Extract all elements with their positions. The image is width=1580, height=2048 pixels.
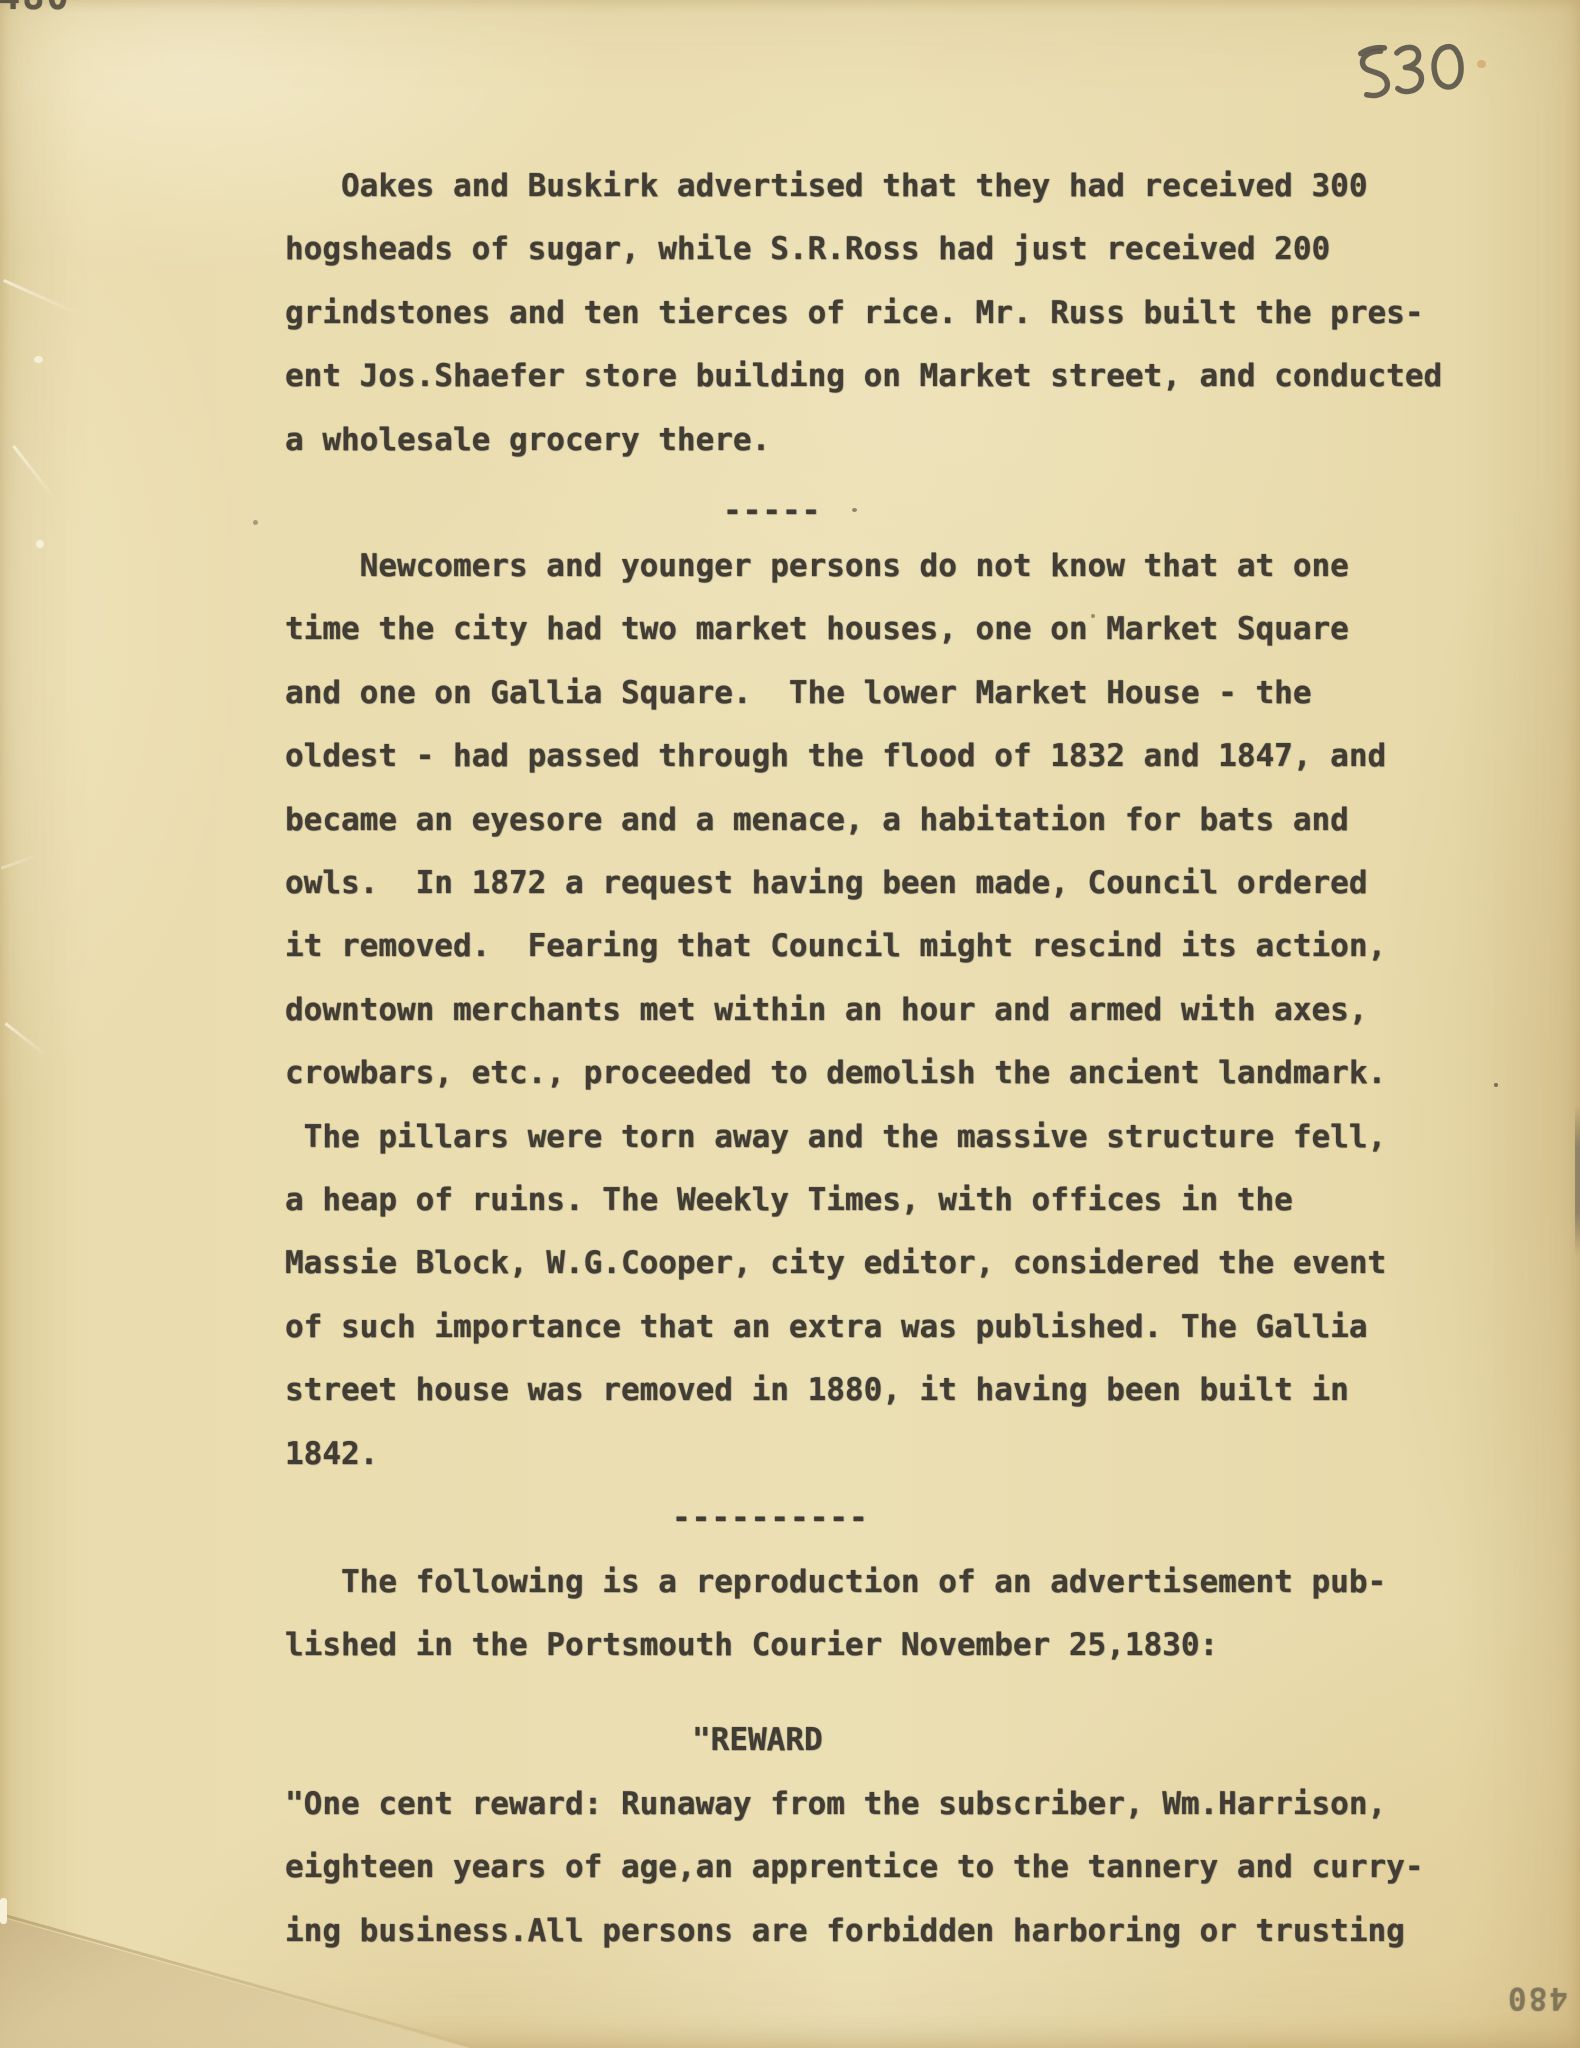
paragraph-oakes-buskirk: Oakes and Buskirk advertised that they h… bbox=[285, 155, 1442, 472]
text-line: it removed. Fearing that Council might r… bbox=[285, 915, 1386, 978]
text-line: hogsheads of sugar, while S.R.Ross had j… bbox=[285, 218, 1442, 281]
paper-nick bbox=[0, 1898, 7, 1924]
text-line: ent Jos.Shaefer store building on Market… bbox=[285, 345, 1442, 408]
paper-speck bbox=[1477, 60, 1486, 68]
reward-heading: "REWARD bbox=[692, 1709, 823, 1772]
handwritten-page-number bbox=[1350, 32, 1474, 106]
text-line: street house was removed in 1880, it hav… bbox=[285, 1359, 1386, 1422]
text-line: grindstones and ten tierces of rice. Mr.… bbox=[285, 282, 1442, 345]
text-line: crowbars, etc., proceeded to demolish th… bbox=[285, 1042, 1386, 1105]
text-line: became an eyesore and a menace, a habita… bbox=[285, 789, 1386, 852]
paper-crease bbox=[12, 445, 57, 502]
text-line: of such importance that an extra was pub… bbox=[285, 1296, 1386, 1359]
text-line: Massie Block, W.G.Cooper, city editor, c… bbox=[285, 1232, 1386, 1295]
paper-crease bbox=[5, 1022, 48, 1056]
ink-speck bbox=[253, 520, 258, 525]
text-line: eighteen years of age,an apprentice to t… bbox=[285, 1836, 1423, 1899]
text-line: a heap of ruins. The Weekly Times, with … bbox=[285, 1169, 1386, 1232]
paper-nick bbox=[36, 540, 44, 548]
text-line: ing business.All persons are forbidden h… bbox=[285, 1900, 1423, 1963]
page-number-stamp-bottom-right: 480 bbox=[1506, 1980, 1568, 2016]
separator-line: ----- bbox=[723, 480, 821, 543]
paragraph-advertisement-intro: The following is a reproduction of an ad… bbox=[285, 1551, 1386, 1678]
text-line: lished in the Portsmouth Courier Novembe… bbox=[285, 1614, 1386, 1677]
text-line: owls. In 1872 a request having been made… bbox=[285, 852, 1386, 915]
text-line: time the city had two market houses, one… bbox=[285, 598, 1386, 661]
page-number-stamp-top-left: 480 bbox=[0, 0, 71, 18]
handwritten-530-drawing bbox=[1350, 32, 1474, 106]
text-line: The following is a reproduction of an ad… bbox=[285, 1551, 1386, 1614]
text-line: Oakes and Buskirk advertised that they h… bbox=[285, 155, 1442, 218]
text-line: The pillars were torn away and the massi… bbox=[285, 1106, 1386, 1169]
text-line: "One cent reward: Runaway from the subsc… bbox=[285, 1773, 1423, 1836]
paper-nick bbox=[34, 356, 43, 363]
paragraph-market-houses: Newcomers and younger persons do not kno… bbox=[285, 535, 1386, 1486]
separator-line: ---------- bbox=[672, 1487, 869, 1550]
text-line: downtown merchants met within an hour an… bbox=[285, 979, 1386, 1042]
ink-speck bbox=[852, 508, 857, 512]
text-line: oldest - had passed through the flood of… bbox=[285, 725, 1386, 788]
paper-crease bbox=[3, 279, 81, 316]
paper-speck bbox=[1494, 1083, 1498, 1087]
text-line: Newcomers and younger persons do not kno… bbox=[285, 535, 1386, 598]
paragraph-reward-notice: "One cent reward: Runaway from the subsc… bbox=[285, 1773, 1423, 1963]
text-line: a wholesale grocery there. bbox=[285, 409, 1442, 472]
text-line: and one on Gallia Square. The lower Mark… bbox=[285, 662, 1386, 725]
right-edge-ink-mark bbox=[1575, 1105, 1580, 1255]
text-line: 1842. bbox=[285, 1423, 1386, 1486]
manuscript-page: 480 480 Oakes and Buskirk advertised tha… bbox=[0, 0, 1580, 2048]
paper-crease bbox=[1, 853, 40, 869]
